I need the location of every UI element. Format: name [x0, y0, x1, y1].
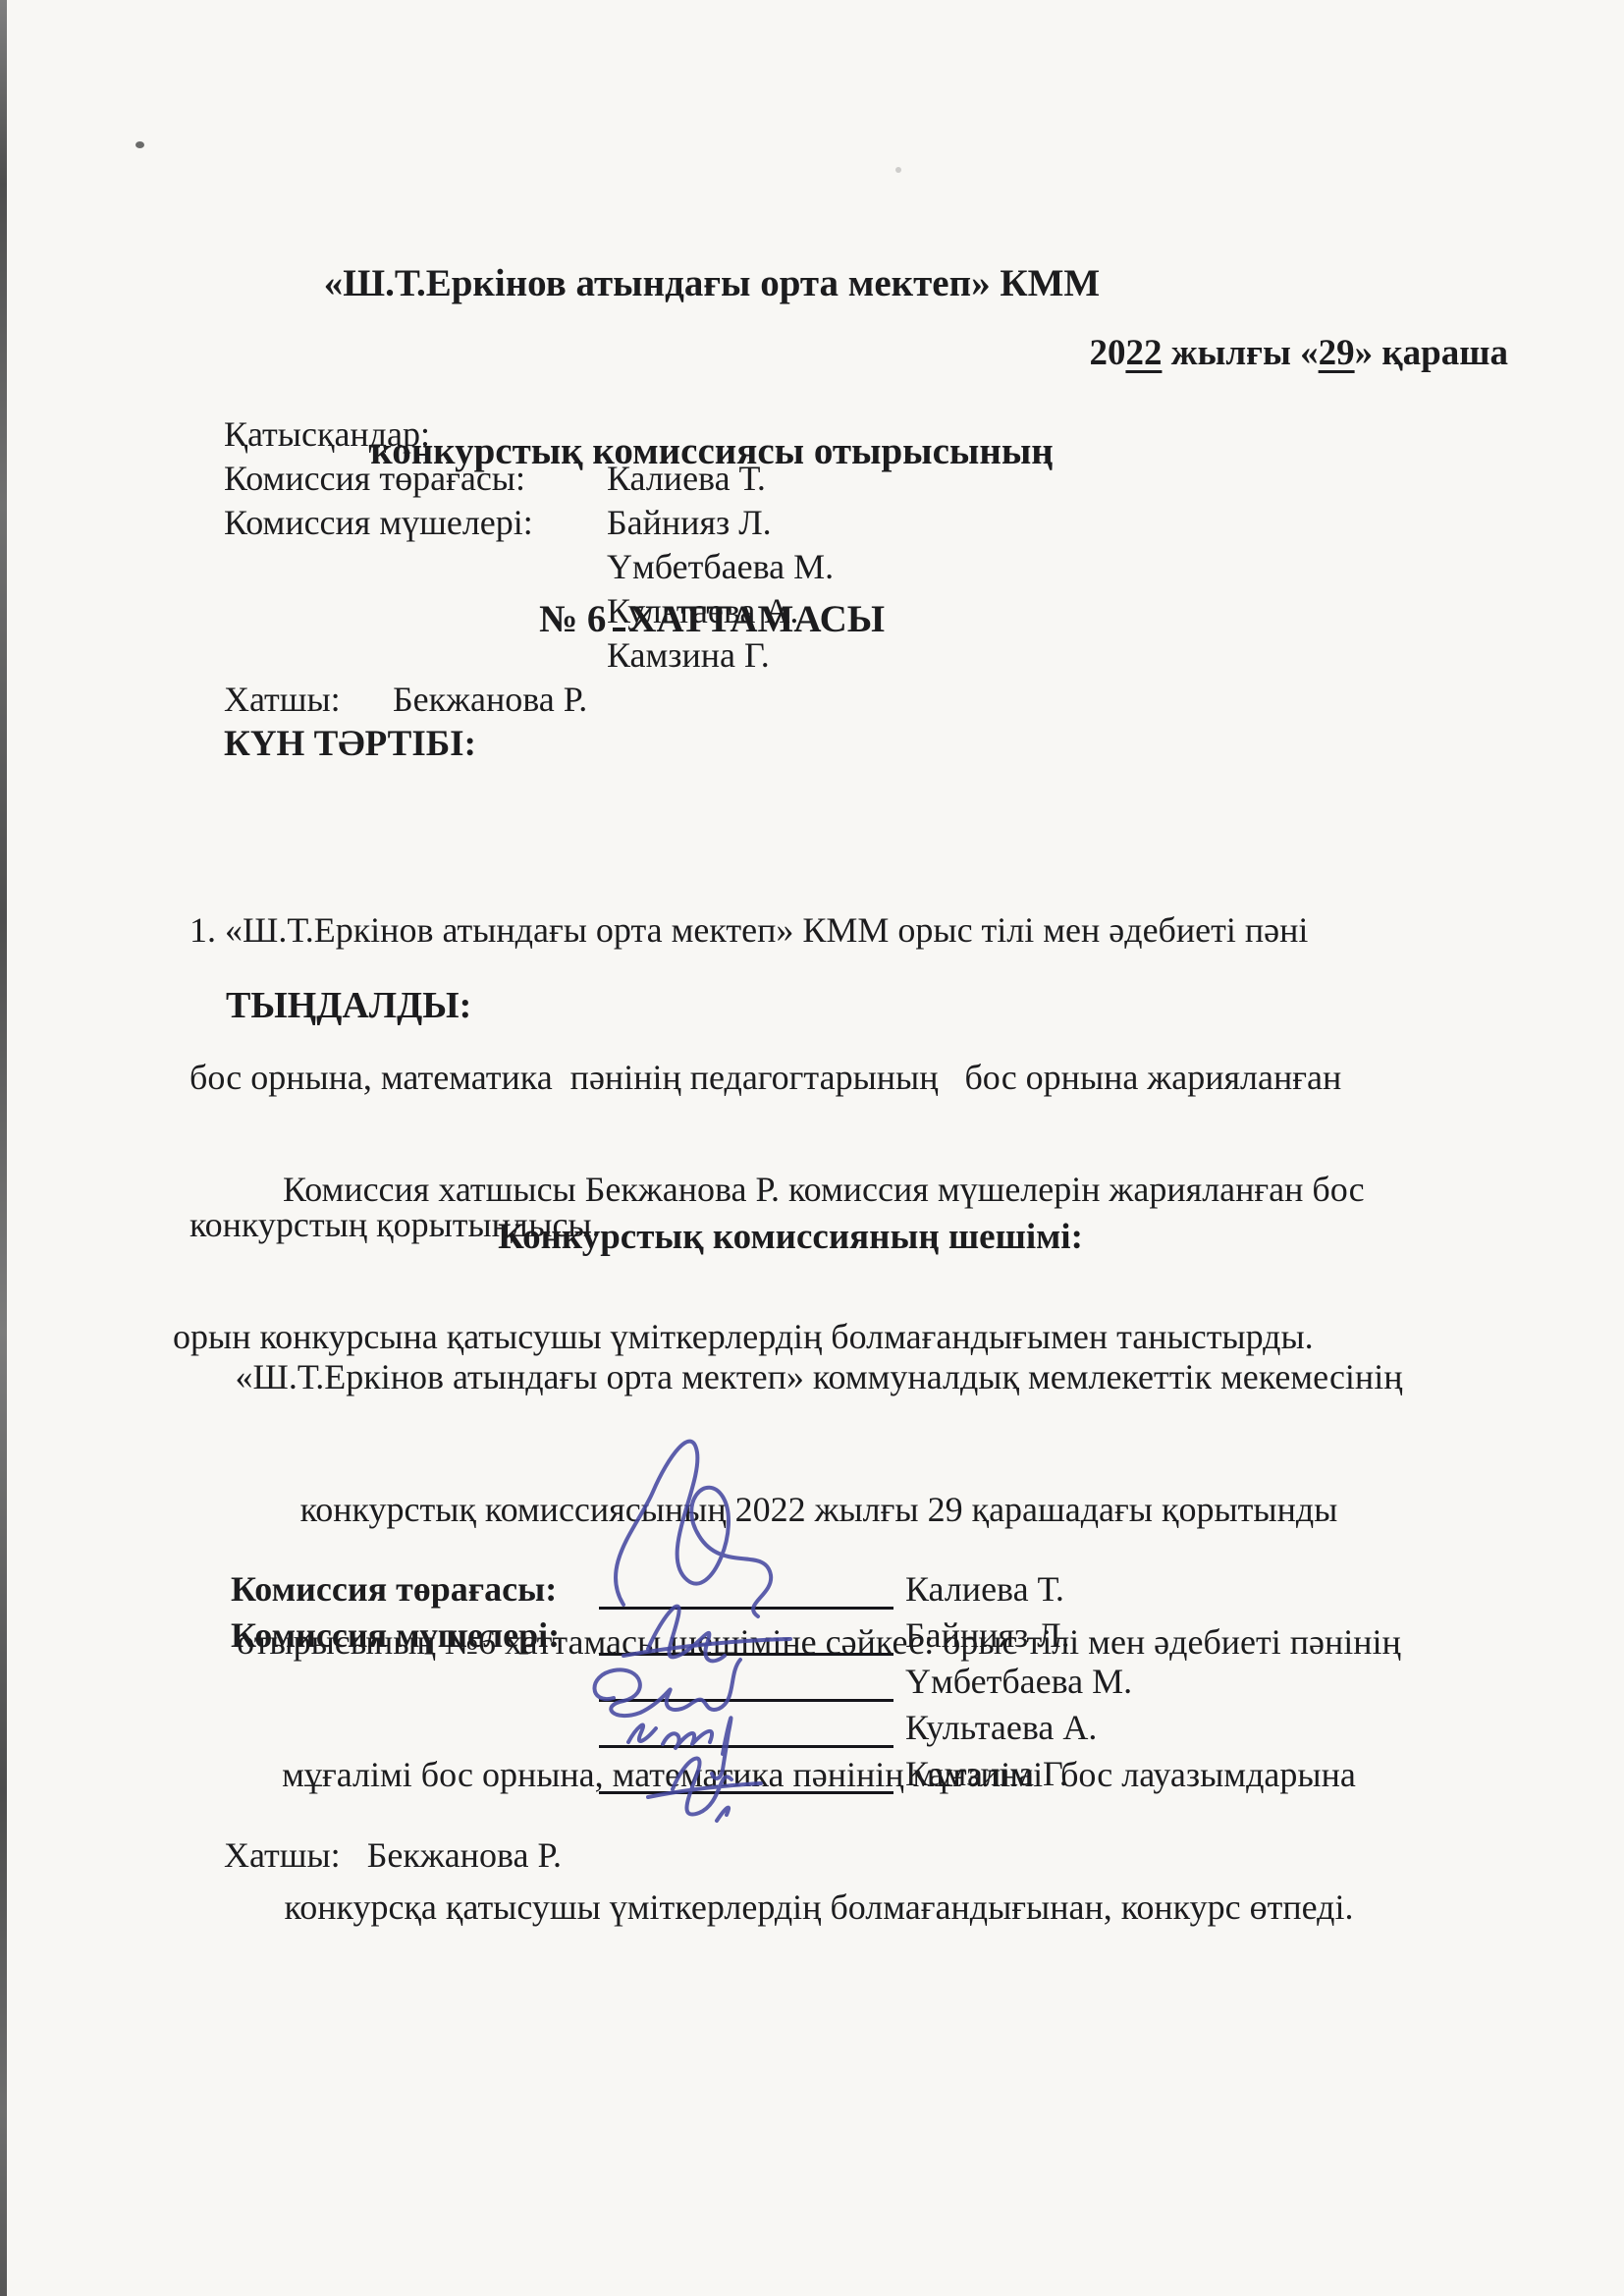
secretary-label: Хатшы: — [224, 680, 341, 719]
members-row: Комиссия мүшелері:Байнияз Л. — [224, 501, 533, 545]
date-century: 20 — [1089, 333, 1125, 373]
secretary-row: Хатшы:Бекжанова Р. — [224, 678, 533, 722]
date-day-underlined: 29 — [1319, 333, 1355, 373]
footer-secretary-label: Хатшы: — [224, 1835, 367, 1875]
member-name: Байнияз Л. — [607, 501, 772, 545]
scan-edge-artifact — [0, 0, 7, 2296]
date-tail: » қараша — [1355, 333, 1508, 373]
signature-ink-member-3 — [628, 1718, 731, 1778]
member-row: Культаева А. — [224, 589, 533, 633]
members-label: Комиссия мүшелері: — [224, 503, 533, 542]
member-row: Үмбетбаева М. — [224, 545, 533, 589]
secretary-name: Бекжанова Р. — [393, 678, 587, 722]
signature-ink-member-1 — [648, 1607, 725, 1662]
date-year-underlined: 22 — [1125, 333, 1162, 373]
heard-section-heading: ТЫҢДАЛДЫ: — [226, 984, 471, 1027]
participants-section: Қатысқандар: Комиссия төрағасы:Калиева Т… — [224, 412, 533, 766]
member-name: Культаева А. — [607, 589, 798, 633]
member-name: Үмбетбаева М. — [607, 545, 834, 589]
member-name: Камзина Г. — [607, 633, 770, 678]
chairman-label: Комиссия төрағасы: — [224, 459, 525, 498]
document-date: 2022 жылғы «29» қараша — [1089, 332, 1508, 374]
heard-line: Комиссия хатшысы Бекжанова Р. комиссия м… — [173, 1165, 1496, 1214]
member-row: Камзина Г. — [224, 633, 533, 678]
decision-heading: Конкурстық комиссияның шешімі: — [137, 1216, 1443, 1258]
chairman-row: Комиссия төрағасы:Калиева Т. — [224, 457, 533, 501]
decision-line: «Ш.Т.Еркінов атындағы орта мектеп» комму… — [157, 1355, 1481, 1399]
agenda-heading: КҮН ТӘРТІБІ: — [224, 722, 533, 766]
agenda-line: 1. «Ш.Т.Еркінов атындағы орта мектеп» КМ… — [189, 905, 1495, 955]
participants-header: Қатысқандар: — [224, 412, 533, 457]
date-middle: жылғы « — [1162, 333, 1318, 373]
decision-line: конкурсқа қатысушы үміткерлердің болмаға… — [157, 1886, 1481, 1930]
handwritten-signatures-ink — [530, 1404, 952, 1876]
footer-secretary: Хатшы: Бекжанова Р. — [224, 1834, 562, 1876]
signature-ink-chairman — [616, 1442, 771, 1616]
signature-ink-member-2 — [594, 1660, 740, 1716]
protocol-number: № 6 — [539, 598, 606, 640]
title-line-1: «Ш.Т.Еркінов атындағы орта мектеп» КММ — [142, 255, 1281, 311]
signature-ink-member-4 — [648, 1758, 761, 1821]
scanned-protocol-page: «Ш.Т.Еркінов атындағы орта мектеп» КММ к… — [0, 0, 1624, 2296]
chairman-name: Калиева Т. — [607, 457, 766, 501]
